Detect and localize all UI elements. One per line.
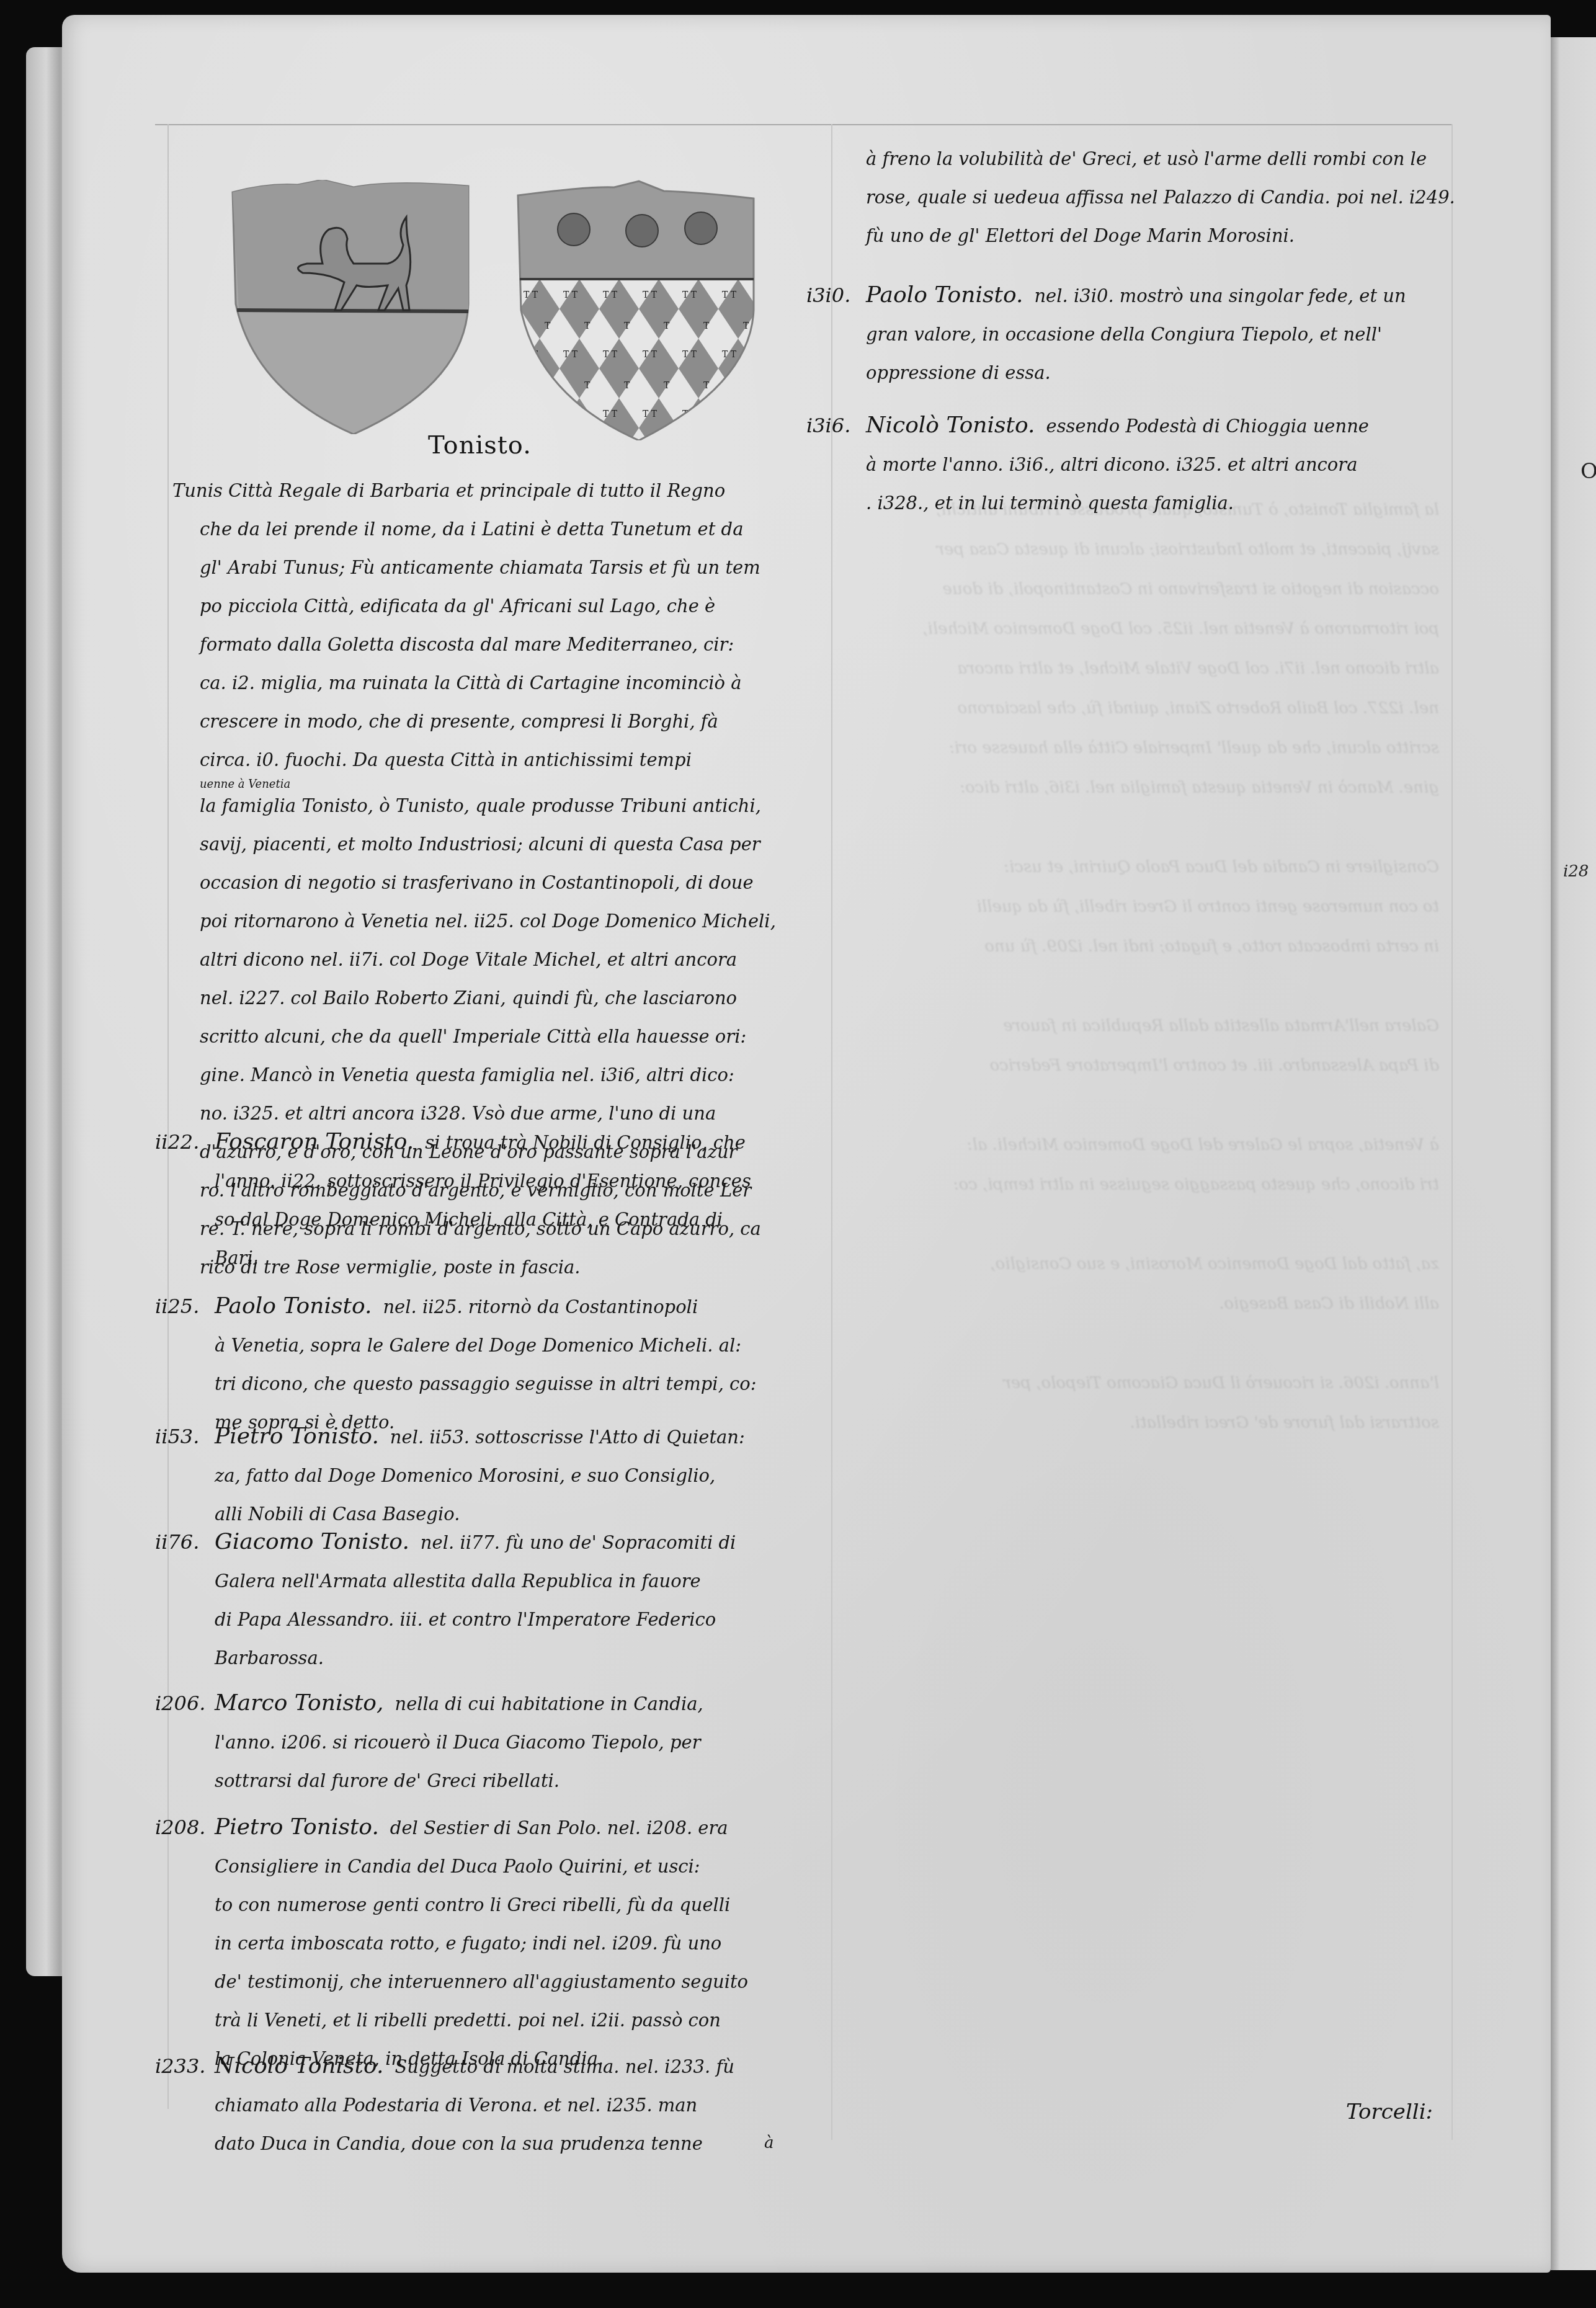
- intro-line: gine. Mancò in Venetia questa famiglia n…: [172, 1056, 805, 1094]
- bleed-through-text: la famiglia Tonisto, ò Tunisto, quale pr…: [844, 490, 1439, 1575]
- entry-text: del Sestier di San Polo. nel. i208. era: [390, 1809, 728, 1847]
- entry-year: ii76.: [155, 1523, 215, 1561]
- entry-pietro-1208: i208.Pietro Tonisto.del Sestier di San P…: [155, 1808, 806, 2078]
- entry-text: nel. ii25. ritornò da Costantinopoli: [383, 1288, 698, 1326]
- entry-text: si troua trà Nobili di Consiglio, che: [425, 1123, 746, 1162]
- entry-year: ii22.: [155, 1123, 215, 1161]
- intro-line: po picciola Città, edificata da gl' Afri…: [172, 587, 805, 625]
- lozengy-shield-icon: T T T: [515, 180, 757, 440]
- entry-year: i3i0.: [806, 276, 866, 314]
- entry-text: nel. i3i0. mostrò una singolar fede, et …: [1034, 277, 1406, 315]
- entry-name: Pietro Tonisto.: [215, 1808, 379, 1847]
- entry-text: de' testimonij, che interuennero all'agg…: [155, 1963, 806, 2001]
- facing-page-fragment: i28: [1563, 862, 1589, 881]
- entry-foscaron: ii22.Foscaron Tonisto.si troua trà Nobil…: [155, 1123, 806, 1277]
- entry-text: to con numerose genti contro li Greci ri…: [155, 1886, 806, 1924]
- entry-text: za, fatto dal Doge Domenico Morosini, e …: [155, 1456, 806, 1495]
- entry-year: i208.: [155, 1808, 215, 1847]
- entry-text: Suggetto di molta stima. nel. i233. fù: [395, 2047, 734, 2086]
- entry-text: Barbarossa.: [155, 1639, 806, 1677]
- entry-pietro-1153: ii53.Pietro Tonisto.nel. ii53. sottoscri…: [155, 1417, 806, 1533]
- coat-of-arms-lion: [230, 180, 471, 434]
- entry-text: trà li Veneti, et li ribelli predetti. p…: [155, 2001, 806, 2039]
- entry-year: i233.: [155, 2047, 215, 2085]
- entry-text: nel. ii53. sottoscrisse l'Atto di Quieta…: [390, 1418, 745, 1456]
- entry-text: nel. ii77. fù uno de' Sopracomiti di: [421, 1523, 736, 1562]
- entry-text: à morte l'anno. i3i6., altri dicono. i32…: [806, 445, 1464, 484]
- entry-text: Consigliere in Candia del Duca Paolo Qui…: [155, 1847, 806, 1886]
- intro-line: occasion di negotio si trasferivano in C…: [172, 863, 805, 902]
- entry-text: gran valore, in occasione della Congiura…: [806, 315, 1464, 354]
- entry-year: ii53.: [155, 1417, 215, 1456]
- entry-name: Nicolò Tonisto.: [215, 2047, 384, 2085]
- entry-text: Bari.: [155, 1239, 806, 1277]
- intro-line: la famiglia Tonisto, ò Tunisto, quale pr…: [172, 786, 805, 825]
- lion-shield-icon: [230, 180, 471, 434]
- entry-text: di Papa Alessandro. iii. et contro l'Imp…: [155, 1600, 806, 1639]
- entry-nicolo-1233: i233.Nicolò Tonisto.Suggetto di molta st…: [155, 2047, 806, 2163]
- entry-giacomo-1176: ii76.Giacomo Tonisto.nel. ii77. fù uno d…: [155, 1523, 806, 1677]
- entry-text: oppressione di essa.: [806, 354, 1464, 392]
- entry-text: Galera nell'Armata allestita dalla Repub…: [155, 1562, 806, 1600]
- catchword-bottom: Torcelli:: [1346, 2100, 1433, 2124]
- catchword-left: à: [764, 2134, 774, 2152]
- entry-text: dato Duca in Candia, doue con la sua pru…: [155, 2124, 806, 2163]
- entry-name: Nicolò Tonisto.: [866, 406, 1035, 445]
- intro-line: savij, piacenti, et molto Industriosi; a…: [172, 825, 805, 863]
- entry-name: Paolo Tonisto.: [215, 1287, 372, 1326]
- coat-of-arms-lozengy: T T T: [515, 180, 757, 440]
- entry-year: i3i6.: [806, 406, 866, 445]
- intro-line: gl' Arabi Tunus; Fù anticamente chiamata…: [172, 548, 805, 587]
- intro-line: scritto alcuni, che da quell' Imperiale …: [172, 1017, 805, 1056]
- facing-page-fragment: O: [1580, 459, 1596, 484]
- entry-name: Pietro Tonisto.: [215, 1417, 379, 1456]
- continuation-line: fù uno de gl' Elettori del Doge Marin Mo…: [806, 216, 1464, 255]
- rose-icon: [558, 212, 717, 247]
- entry-name: Marco Tonisto,: [215, 1684, 383, 1722]
- entry-text: chiamato alla Podestaria di Verona. et n…: [155, 2086, 806, 2124]
- entry-text: in certa imboscata rotto, e fugato; indi…: [155, 1924, 806, 1963]
- entry-year: i206.: [155, 1684, 215, 1722]
- entry-marco-1206: i206.Marco Tonisto,nella di cui habitati…: [155, 1684, 806, 1800]
- entry-text: l'anno. i206. si ricouerò il Duca Giacom…: [155, 1723, 806, 1762]
- continuation-line: à freno la volubilità de' Greci, et usò …: [806, 140, 1464, 178]
- intro-line: poi ritornarono à Venetia nel. ii25. col…: [172, 902, 805, 940]
- ruling-line-top: [155, 124, 1451, 125]
- intro-line: formato dalla Goletta discosta dal mare …: [172, 625, 805, 664]
- intro-line: nel. i227. col Bailo Roberto Ziani, quin…: [172, 979, 805, 1017]
- intro-line: ca. i2. miglia, ma ruinata la Città di C…: [172, 664, 805, 702]
- entry-name: Paolo Tonisto.: [866, 276, 1023, 314]
- entry-text: l'anno. ii22. sottoscrissero il Privileg…: [155, 1162, 806, 1200]
- entry-name: Giacomo Tonisto.: [215, 1523, 409, 1561]
- entry-text: tri dicono, che questo passaggio seguiss…: [155, 1365, 806, 1403]
- intro-line: altri dicono nel. ii7i. col Doge Vitale …: [172, 940, 805, 979]
- continuation-line: rose, quale si uedeua affissa nel Palazz…: [806, 178, 1464, 216]
- entry-text: nella di cui habitatione in Candia,: [395, 1685, 703, 1723]
- facing-page-edge: [1551, 37, 1596, 2270]
- entry-text: so dal Doge Domenico Micheli, alla Città…: [155, 1200, 806, 1239]
- entry-text: essendo Podestà di Chioggia uenne: [1046, 407, 1370, 445]
- entry-paolo-1310: i3i0.Paolo Tonisto.nel. i3i0. mostrò una…: [806, 276, 1464, 392]
- entry-text: à Venetia, sopra le Galere del Doge Dome…: [155, 1326, 806, 1365]
- entry-year: ii25.: [155, 1287, 215, 1326]
- intro-line: Tunis Città Regale di Barbaria et princi…: [172, 471, 805, 510]
- family-title: Tonisto.: [428, 431, 532, 460]
- entry-text: sottrarsi dal furore de' Greci ribellati…: [155, 1762, 806, 1800]
- right-column-continuation: à freno la volubilità de' Greci, et usò …: [806, 140, 1464, 255]
- intro-line: crescere in modo, che di presente, compr…: [172, 702, 805, 741]
- intro-line: circa. i0. fuochi. Da questa Città in an…: [172, 741, 805, 779]
- entry-name: Foscaron Tonisto.: [215, 1123, 414, 1161]
- intro-line: che da lei prende il nome, da i Latini è…: [172, 510, 805, 548]
